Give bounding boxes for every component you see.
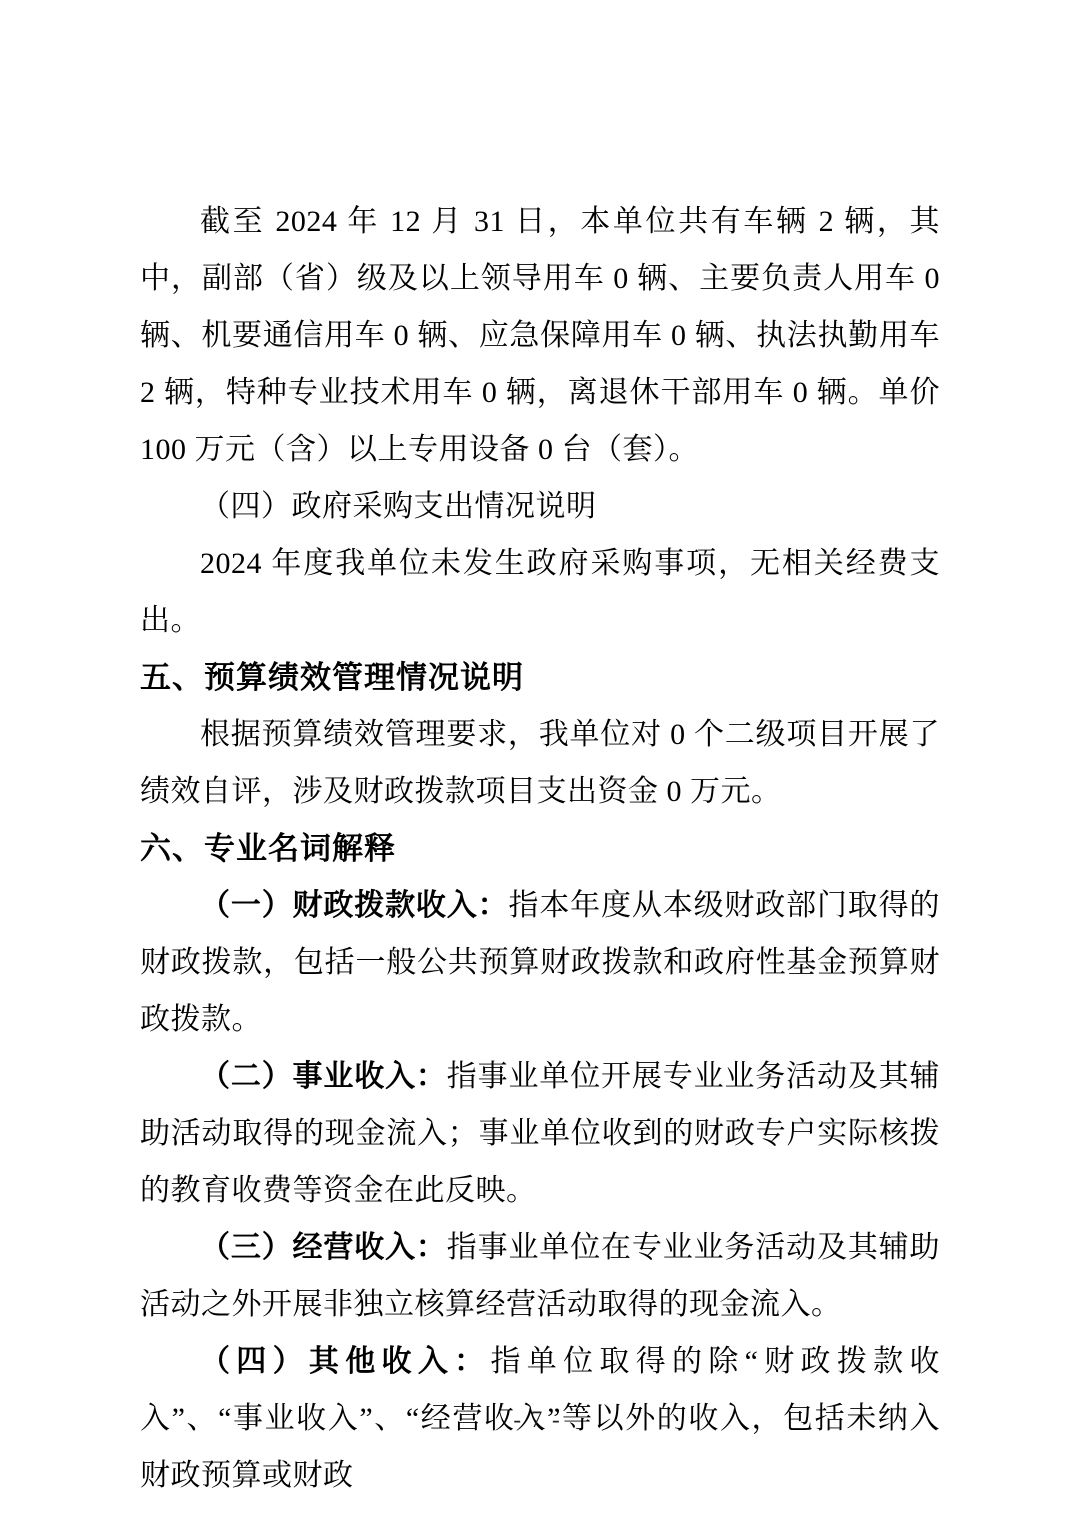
term-label-institutional-income: （二）事业收入： (200, 1060, 447, 1093)
paragraph-performance: 根据预算绩效管理要求，我单位对 0 个二级项目开展了绩效自评，涉及财政拨款项目支… (140, 706, 940, 820)
page-number: - 7 - (0, 1405, 1075, 1435)
term-label-operating-income: （三）经营收入： (200, 1231, 447, 1264)
subsection-heading-procurement: （四）政府采购支出情况说明 (140, 478, 940, 535)
section-heading-budget-performance: 五、预算绩效管理情况说明 (140, 649, 940, 706)
term-item-operating-income: （三）经营收入：指事业单位在专业业务活动及其辅助活动之外开展非独立核算经营活动取… (140, 1219, 940, 1333)
document-body: 截至 2024 年 12 月 31 日，本单位共有车辆 2 辆，其中，副部（省）… (140, 193, 940, 1504)
term-label-other-income: （四）其他收入： (200, 1345, 490, 1378)
section-heading-terminology: 六、专业名词解释 (140, 820, 940, 877)
term-item-fiscal-appropriation-income: （一）财政拨款收入：指本年度从本级财政部门取得的财政拨款，包括一般公共预算财政拨… (140, 877, 940, 1048)
term-item-institutional-income: （二）事业收入：指事业单位开展专业业务活动及其辅助活动取得的现金流入；事业单位收… (140, 1048, 940, 1219)
document-page: 截至 2024 年 12 月 31 日，本单位共有车辆 2 辆，其中，副部（省）… (0, 0, 1075, 1520)
paragraph-procurement: 2024 年度我单位未发生政府采购事项，无相关经费支出。 (140, 535, 940, 649)
paragraph-vehicle-summary: 截至 2024 年 12 月 31 日，本单位共有车辆 2 辆，其中，副部（省）… (140, 193, 940, 478)
term-label-fiscal-appropriation-income: （一）财政拨款收入： (200, 889, 508, 922)
